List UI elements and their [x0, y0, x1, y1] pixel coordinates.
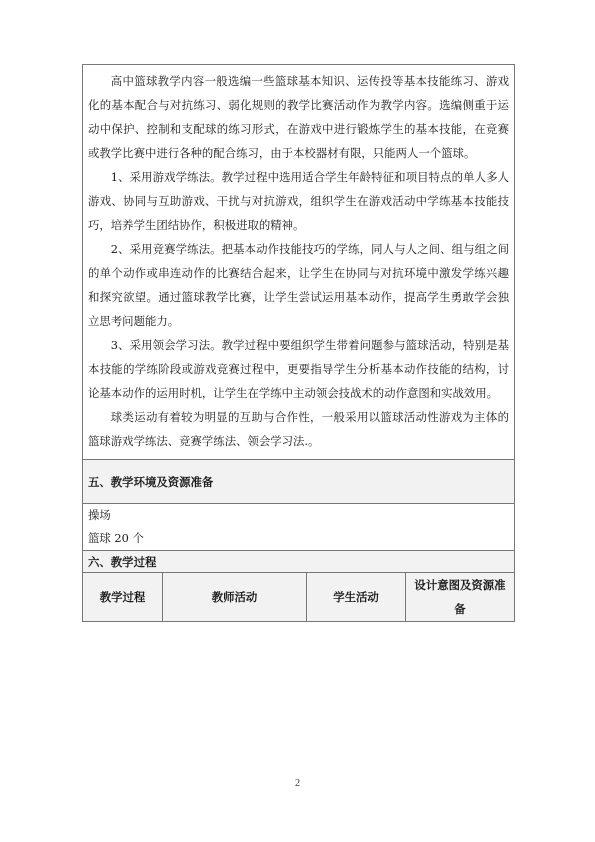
summary-paragraph: 球类运动有着较为明显的互助与合作性，一般采用以篮球活动性游戏为主体的篮球游戏学练…	[88, 405, 509, 453]
resource-item: 操场	[88, 504, 509, 527]
method-competition-paragraph: 2、采用竞赛学练法。把基本动作技能技巧的学练，同人与人之间、组与组之间的单个动作…	[88, 237, 509, 333]
column-header-design-intent: 设计意图及资源准备	[406, 573, 515, 622]
section6-header-row: 六、教学过程	[83, 551, 515, 573]
section5-title: 五、教学环境及资源准备	[83, 460, 515, 504]
teaching-methods-row: 高中篮球教学内容一般选编一些篮球基本知识、运传投等基本技能练习、游戏化的基本配合…	[83, 65, 515, 460]
section6-title: 六、教学过程	[83, 551, 515, 573]
section5-header-row: 五、教学环境及资源准备	[83, 460, 515, 504]
method-game-paragraph: 1、采用游戏学练法。教学过程中选用适合学生年龄特征和项目特点的单人多人游戏、协同…	[88, 165, 509, 237]
document-page: 高中篮球教学内容一般选编一些篮球基本知识、运传投等基本技能练习、游戏化的基本配合…	[0, 0, 595, 842]
teaching-methods-cell: 高中篮球教学内容一般选编一些篮球基本知识、运传投等基本技能练习、游戏化的基本配合…	[83, 65, 515, 460]
resources-cell: 操场 篮球 20 个	[83, 504, 515, 551]
page-number: 2	[0, 778, 595, 789]
process-column-header-row: 教学过程 教师活动 学生活动 设计意图及资源准备	[83, 573, 515, 622]
column-header-teacher-activity: 教师活动	[163, 573, 307, 622]
resource-item: 篮球 20 个	[88, 527, 509, 550]
intro-paragraph: 高中篮球教学内容一般选编一些篮球基本知识、运传投等基本技能练习、游戏化的基本配合…	[88, 69, 509, 165]
method-comprehension-paragraph: 3、采用领会学习法。教学过程中要组织学生带着问题参与篮球活动，特别是基本技能的学…	[88, 333, 509, 405]
column-header-student-activity: 学生活动	[307, 573, 406, 622]
column-header-process: 教学过程	[83, 573, 163, 622]
lesson-plan-table: 高中篮球教学内容一般选编一些篮球基本知识、运传投等基本技能练习、游戏化的基本配合…	[82, 64, 515, 622]
section5-content-row: 操场 篮球 20 个	[83, 504, 515, 551]
